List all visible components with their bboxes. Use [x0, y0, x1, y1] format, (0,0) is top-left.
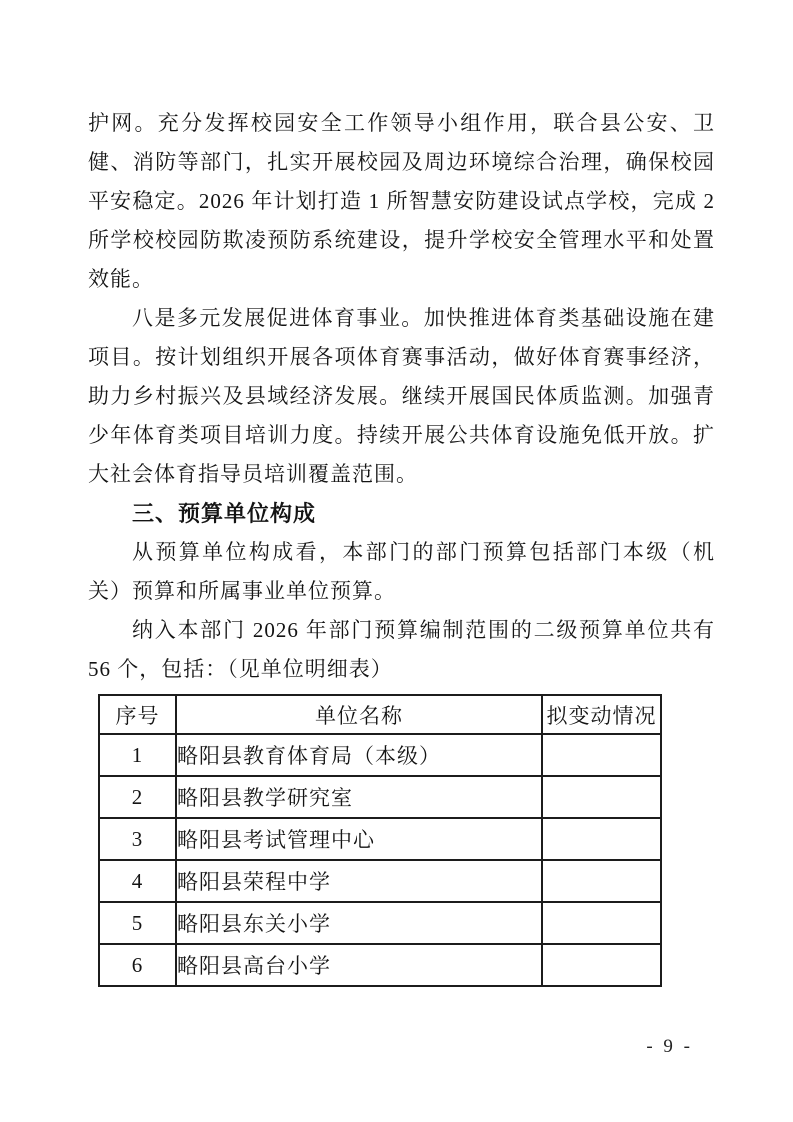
budget-units-table: 序号 单位名称 拟变动情况 1 略阳县教育体育局（本级） 2 略阳县教学研究室	[98, 694, 662, 987]
cell-serial-number: 5	[99, 902, 176, 944]
cell-proposed-change	[542, 902, 661, 944]
page-number: - 9 -	[646, 1036, 693, 1058]
cell-unit-name: 略阳县教育体育局（本级）	[176, 734, 542, 776]
section-heading-budget-unit-composition: 三、预算单位构成	[88, 494, 715, 533]
cell-proposed-change	[542, 860, 661, 902]
cell-unit-name: 略阳县教学研究室	[176, 776, 542, 818]
table-row: 5 略阳县东关小学	[99, 902, 661, 944]
body-paragraph-unit-count: 纳入本部门 2026 年部门预算编制范围的二级预算单位共有 56 个，包括：（见…	[88, 611, 715, 689]
column-header-unit-name: 单位名称	[176, 695, 542, 734]
table-row: 6 略阳县高台小学	[99, 944, 661, 986]
cell-proposed-change	[542, 944, 661, 986]
column-header-serial-number: 序号	[99, 695, 176, 734]
page-content: 护网。充分发挥校园安全工作领导小组作用，联合县公安、卫健、消防等部门，扎实开展校…	[88, 104, 715, 987]
cell-unit-name: 略阳县东关小学	[176, 902, 542, 944]
cell-proposed-change	[542, 734, 661, 776]
cell-serial-number: 6	[99, 944, 176, 986]
cell-serial-number: 4	[99, 860, 176, 902]
table-header-row: 序号 单位名称 拟变动情况	[99, 695, 661, 734]
table-row: 1 略阳县教育体育局（本级）	[99, 734, 661, 776]
document-page: 护网。充分发挥校园安全工作领导小组作用，联合县公安、卫健、消防等部门，扎实开展校…	[0, 0, 793, 1122]
cell-serial-number: 2	[99, 776, 176, 818]
body-paragraph-budget-composition: 从预算单位构成看，本部门的部门预算包括部门本级（机关）预算和所属事业单位预算。	[88, 533, 715, 611]
table-row: 4 略阳县荣程中学	[99, 860, 661, 902]
table-row: 2 略阳县教学研究室	[99, 776, 661, 818]
cell-unit-name: 略阳县高台小学	[176, 944, 542, 986]
body-paragraph-campus-safety: 护网。充分发挥校园安全工作领导小组作用，联合县公安、卫健、消防等部门，扎实开展校…	[88, 104, 715, 299]
cell-proposed-change	[542, 818, 661, 860]
table-row: 3 略阳县考试管理中心	[99, 818, 661, 860]
column-header-proposed-change: 拟变动情况	[542, 695, 661, 734]
cell-serial-number: 3	[99, 818, 176, 860]
cell-unit-name: 略阳县考试管理中心	[176, 818, 542, 860]
cell-proposed-change	[542, 776, 661, 818]
cell-unit-name: 略阳县荣程中学	[176, 860, 542, 902]
cell-serial-number: 1	[99, 734, 176, 776]
body-paragraph-sports: 八是多元发展促进体育事业。加快推进体育类基础设施在建项目。按计划组织开展各项体育…	[88, 299, 715, 494]
